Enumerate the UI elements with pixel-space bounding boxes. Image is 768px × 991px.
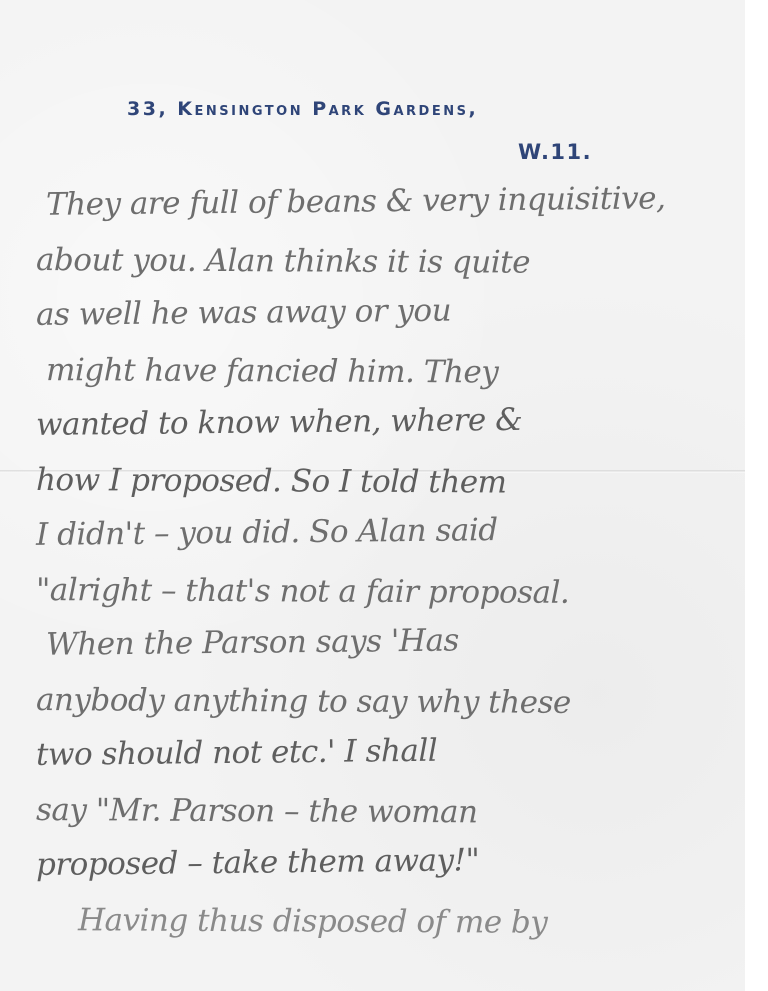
letter-page: 33, Kensington Park Gardens, W.11. They …: [0, 0, 745, 991]
handwritten-line: proposed – take them away!": [28, 831, 729, 893]
handwritten-body: They are full of beans & very inquisitiv…: [28, 178, 728, 948]
letterhead-postcode: W.11.: [518, 140, 592, 164]
handwritten-line: I didn't – you did. So Alan said: [28, 501, 729, 563]
handwritten-line: They are full of beans & very inquisitiv…: [28, 171, 729, 233]
handwritten-line: wanted to know when, where &: [28, 391, 729, 453]
letterhead-address: 33, Kensington Park Gardens,: [127, 98, 478, 120]
handwritten-line: as well he was away or you: [28, 281, 729, 343]
handwritten-line: two should not etc.' I shall: [28, 721, 729, 783]
handwritten-line: Having thus disposed of me by: [28, 893, 728, 952]
handwritten-line: When the Parson says 'Has: [28, 611, 729, 673]
